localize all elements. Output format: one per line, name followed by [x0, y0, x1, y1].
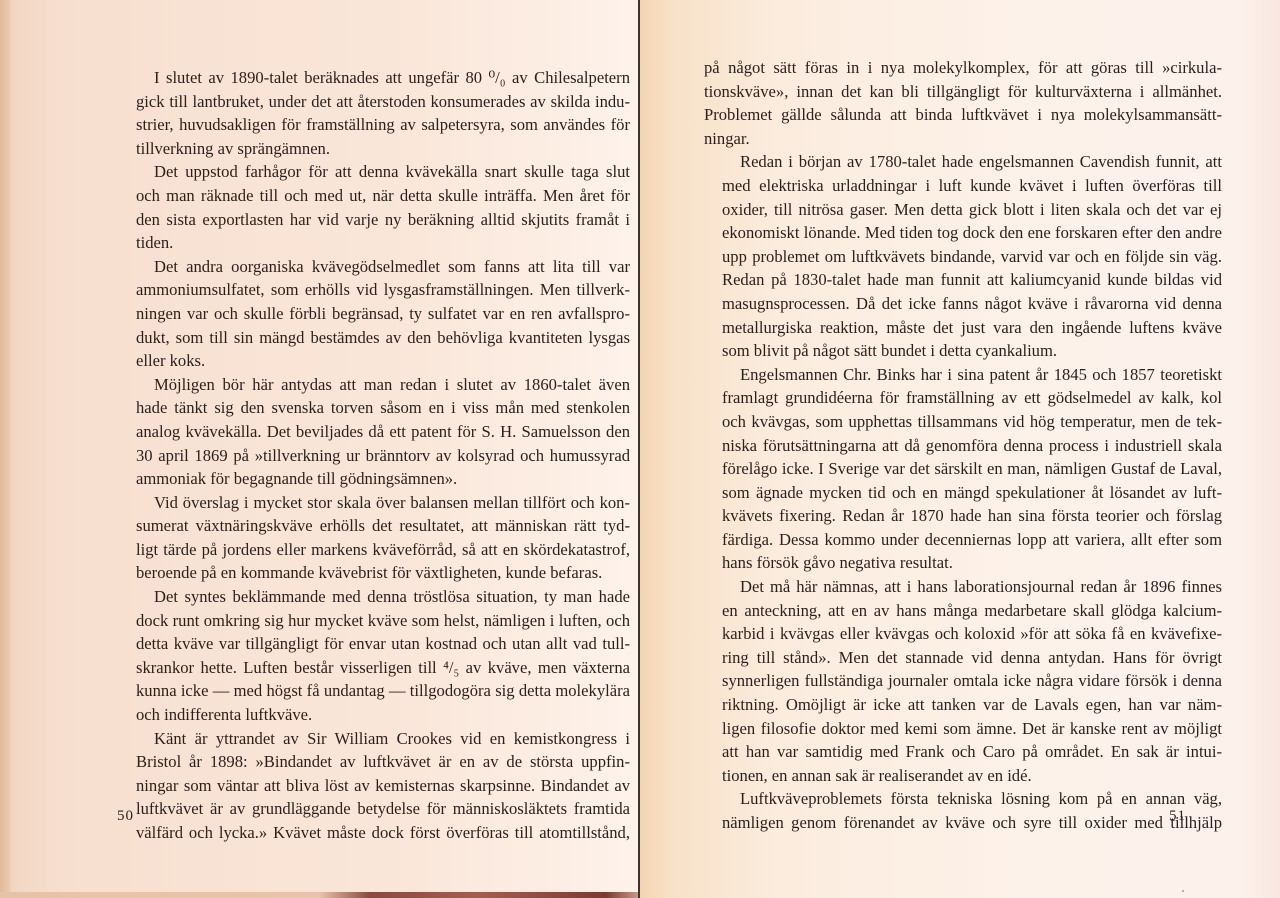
text-line: ring till stånd». Men det stannade vid d… [704, 646, 1222, 670]
text-line: sumerat växtnäringskväve erhölls det res… [118, 514, 630, 538]
text-line: kunna icke — med högst få undantag — til… [118, 679, 630, 703]
text-line: Det uppstod farhågor för att denna kväve… [118, 160, 630, 184]
text-line: ammoniak för begagnande till gödningsämn… [118, 467, 630, 491]
text-line: 30 april 1869 på »tillverkning ur brännt… [118, 444, 630, 468]
text-line: Engelsmannen Chr. Binks har i sina paten… [704, 363, 1222, 387]
paragraph: Luftkväveproblemets första tekniska lösn… [704, 787, 1222, 834]
text-line: Redan i början av 1780-talet hade engels… [704, 150, 1222, 174]
text-line: Det må här nämnas, att i hans laboration… [704, 575, 1222, 599]
text-line: niska förutsättningarna att då genomföra… [704, 434, 1222, 458]
text-line: tionen, en annan sak är realiserandet av… [704, 764, 1222, 788]
paragraph: Redan i början av 1780-talet hade engels… [704, 150, 1222, 362]
text-line: Känt är yttrandet av Sir William Crookes… [118, 727, 630, 751]
paragraph: Det syntes beklämmande med denna tröstlö… [118, 585, 630, 727]
text-line: färdiga. Dessa kommo under decenniernas … [704, 528, 1222, 552]
paragraph: Det andra oorganiska kvävegödselmedlet s… [118, 255, 630, 373]
text-line: tionskväve», innan det kan bli tillgängl… [704, 80, 1222, 104]
text-line: ningar som väntar att bliva löst av kemi… [118, 774, 630, 798]
text-line: Bristol år 1898: »Bindandet av luftkväve… [118, 750, 630, 774]
text-line: välfärd och lycka.» Kvävet måste dock fö… [118, 821, 630, 845]
page-number-right: 51 [1169, 808, 1186, 825]
text-line: Det syntes beklämmande med denna tröstlö… [118, 585, 630, 609]
left-page: I slutet av 1890-talet beräknades att un… [0, 0, 638, 898]
text-line: strier, huvudsakligen för framställning … [118, 113, 630, 137]
left-page-text-block: I slutet av 1890-talet beräknades att un… [118, 66, 630, 845]
text-line: oxider, till nitrösa gaser. Men detta gi… [704, 198, 1222, 222]
text-line: nämligen genom förenandet av kväve och s… [704, 811, 1222, 835]
text-line: ekonomiskt lönande. Med tiden tog dock d… [704, 221, 1222, 245]
text-line: och indifferenta luftkväve. [118, 703, 630, 727]
text-line: I slutet av 1890-talet beräknades att un… [118, 66, 630, 90]
text-line: eller koks. [118, 349, 630, 373]
paragraph: I slutet av 1890-talet beräknades att un… [118, 66, 630, 160]
text-line: förelågo icke. I Sverige var det särskil… [704, 457, 1222, 481]
text-line: Det andra oorganiska kvävegödselmedlet s… [118, 255, 630, 279]
text-line: och kvävgas, som upphettas tillsammans v… [704, 410, 1222, 434]
text-line: Problemet gällde sålunda att binda luftk… [704, 103, 1222, 127]
text-line: kvävets fixering. Redan år 1870 hade han… [704, 504, 1222, 528]
text-line: Luftkväveproblemets första tekniska lösn… [704, 787, 1222, 811]
text-line: en anteckning, att en av hans många meda… [704, 599, 1222, 623]
text-line: hans försök gåvo negativa resultat. [704, 551, 1222, 575]
right-page-text-block: på något sätt föras in i nya molekylkomp… [704, 56, 1222, 835]
text-line: tiden. [118, 231, 630, 255]
text-line: dukt, som till sin mängd bestämdes av de… [118, 326, 630, 350]
text-line: på något sätt föras in i nya molekylkomp… [704, 56, 1222, 80]
text-line: dock runt omkring sig hur mycket kväve s… [118, 609, 630, 633]
text-line: detta kväve var tillgängligt för envar u… [118, 632, 630, 656]
text-line: ammoniumsulfatet, som erhölls vid lysgas… [118, 278, 630, 302]
text-line: tillverkning av sprängämnen. [118, 137, 630, 161]
text-line: analog kvävekälla. Det beviljades då ett… [118, 420, 630, 444]
text-line: riktning. Omöjligt är icke att tanken va… [704, 693, 1222, 717]
paragraph: Det må här nämnas, att i hans laboration… [704, 575, 1222, 787]
paragraph: Möjligen bör här antydas att man redan i… [118, 373, 630, 491]
text-line: Vid överslag i mycket stor skala över ba… [118, 491, 630, 515]
paragraph: på något sätt föras in i nya molekylkomp… [704, 56, 1222, 150]
text-line: ningar. [704, 127, 1222, 151]
text-line: den sista exportlasten har vid varje ny … [118, 208, 630, 232]
paragraph: Vid överslag i mycket stor skala över ba… [118, 491, 630, 585]
paragraph: Det uppstod farhågor för att denna kväve… [118, 160, 630, 254]
text-line: framlagt grundidéerna för framställning … [704, 386, 1222, 410]
right-page: på något sätt föras in i nya molekylkomp… [640, 0, 1280, 898]
text-line: beroende på en kommande kvävebrist för v… [118, 561, 630, 585]
book-spread: I slutet av 1890-talet beräknades att un… [0, 0, 1280, 898]
paper-speck [1182, 890, 1184, 892]
text-line: karbid i kvävgas eller kvävgas och kolox… [704, 622, 1222, 646]
text-line: som blivit på något sätt bundet i detta … [704, 339, 1222, 363]
text-line: hade tänkt sig den svenska torven såsom … [118, 396, 630, 420]
text-line: med elektriska urladdningar i luft kunde… [704, 174, 1222, 198]
text-line: Redan på 1830-talet hade man funnit att … [704, 268, 1222, 292]
text-line: luftkvävet är av grundläggande betydelse… [118, 797, 630, 821]
text-line: att han var samtidig med Frank och Caro … [704, 740, 1222, 764]
text-line: skrankor hette. Luften består visserlige… [118, 656, 630, 680]
paragraph: Känt är yttrandet av Sir William Crookes… [118, 727, 630, 845]
page-number-left: 50 [117, 808, 134, 825]
text-line: ligt tärde på jordens eller markens kväv… [118, 538, 630, 562]
text-line: metallurgiska reaktion, måste det just v… [704, 316, 1222, 340]
text-line: Möjligen bör här antydas att man redan i… [118, 373, 630, 397]
text-line: gick till lantbruket, under det att åter… [118, 90, 630, 114]
text-line: ligen filosofie doktor med kemi som ämne… [704, 717, 1222, 741]
text-line: masugnsprocessen. Då det icke fanns någo… [704, 292, 1222, 316]
text-line: och man räknade till och med ut, när det… [118, 184, 630, 208]
text-line: synnerligen fullständiga journaler omtal… [704, 669, 1222, 693]
paragraph: Engelsmannen Chr. Binks har i sina paten… [704, 363, 1222, 575]
text-line: ningen var och skulle förbli begränsad, … [118, 302, 630, 326]
text-line: upp problemet om luftkvävets bindande, v… [704, 245, 1222, 269]
text-line: som ägnade mycken tid och en mängd speku… [704, 481, 1222, 505]
